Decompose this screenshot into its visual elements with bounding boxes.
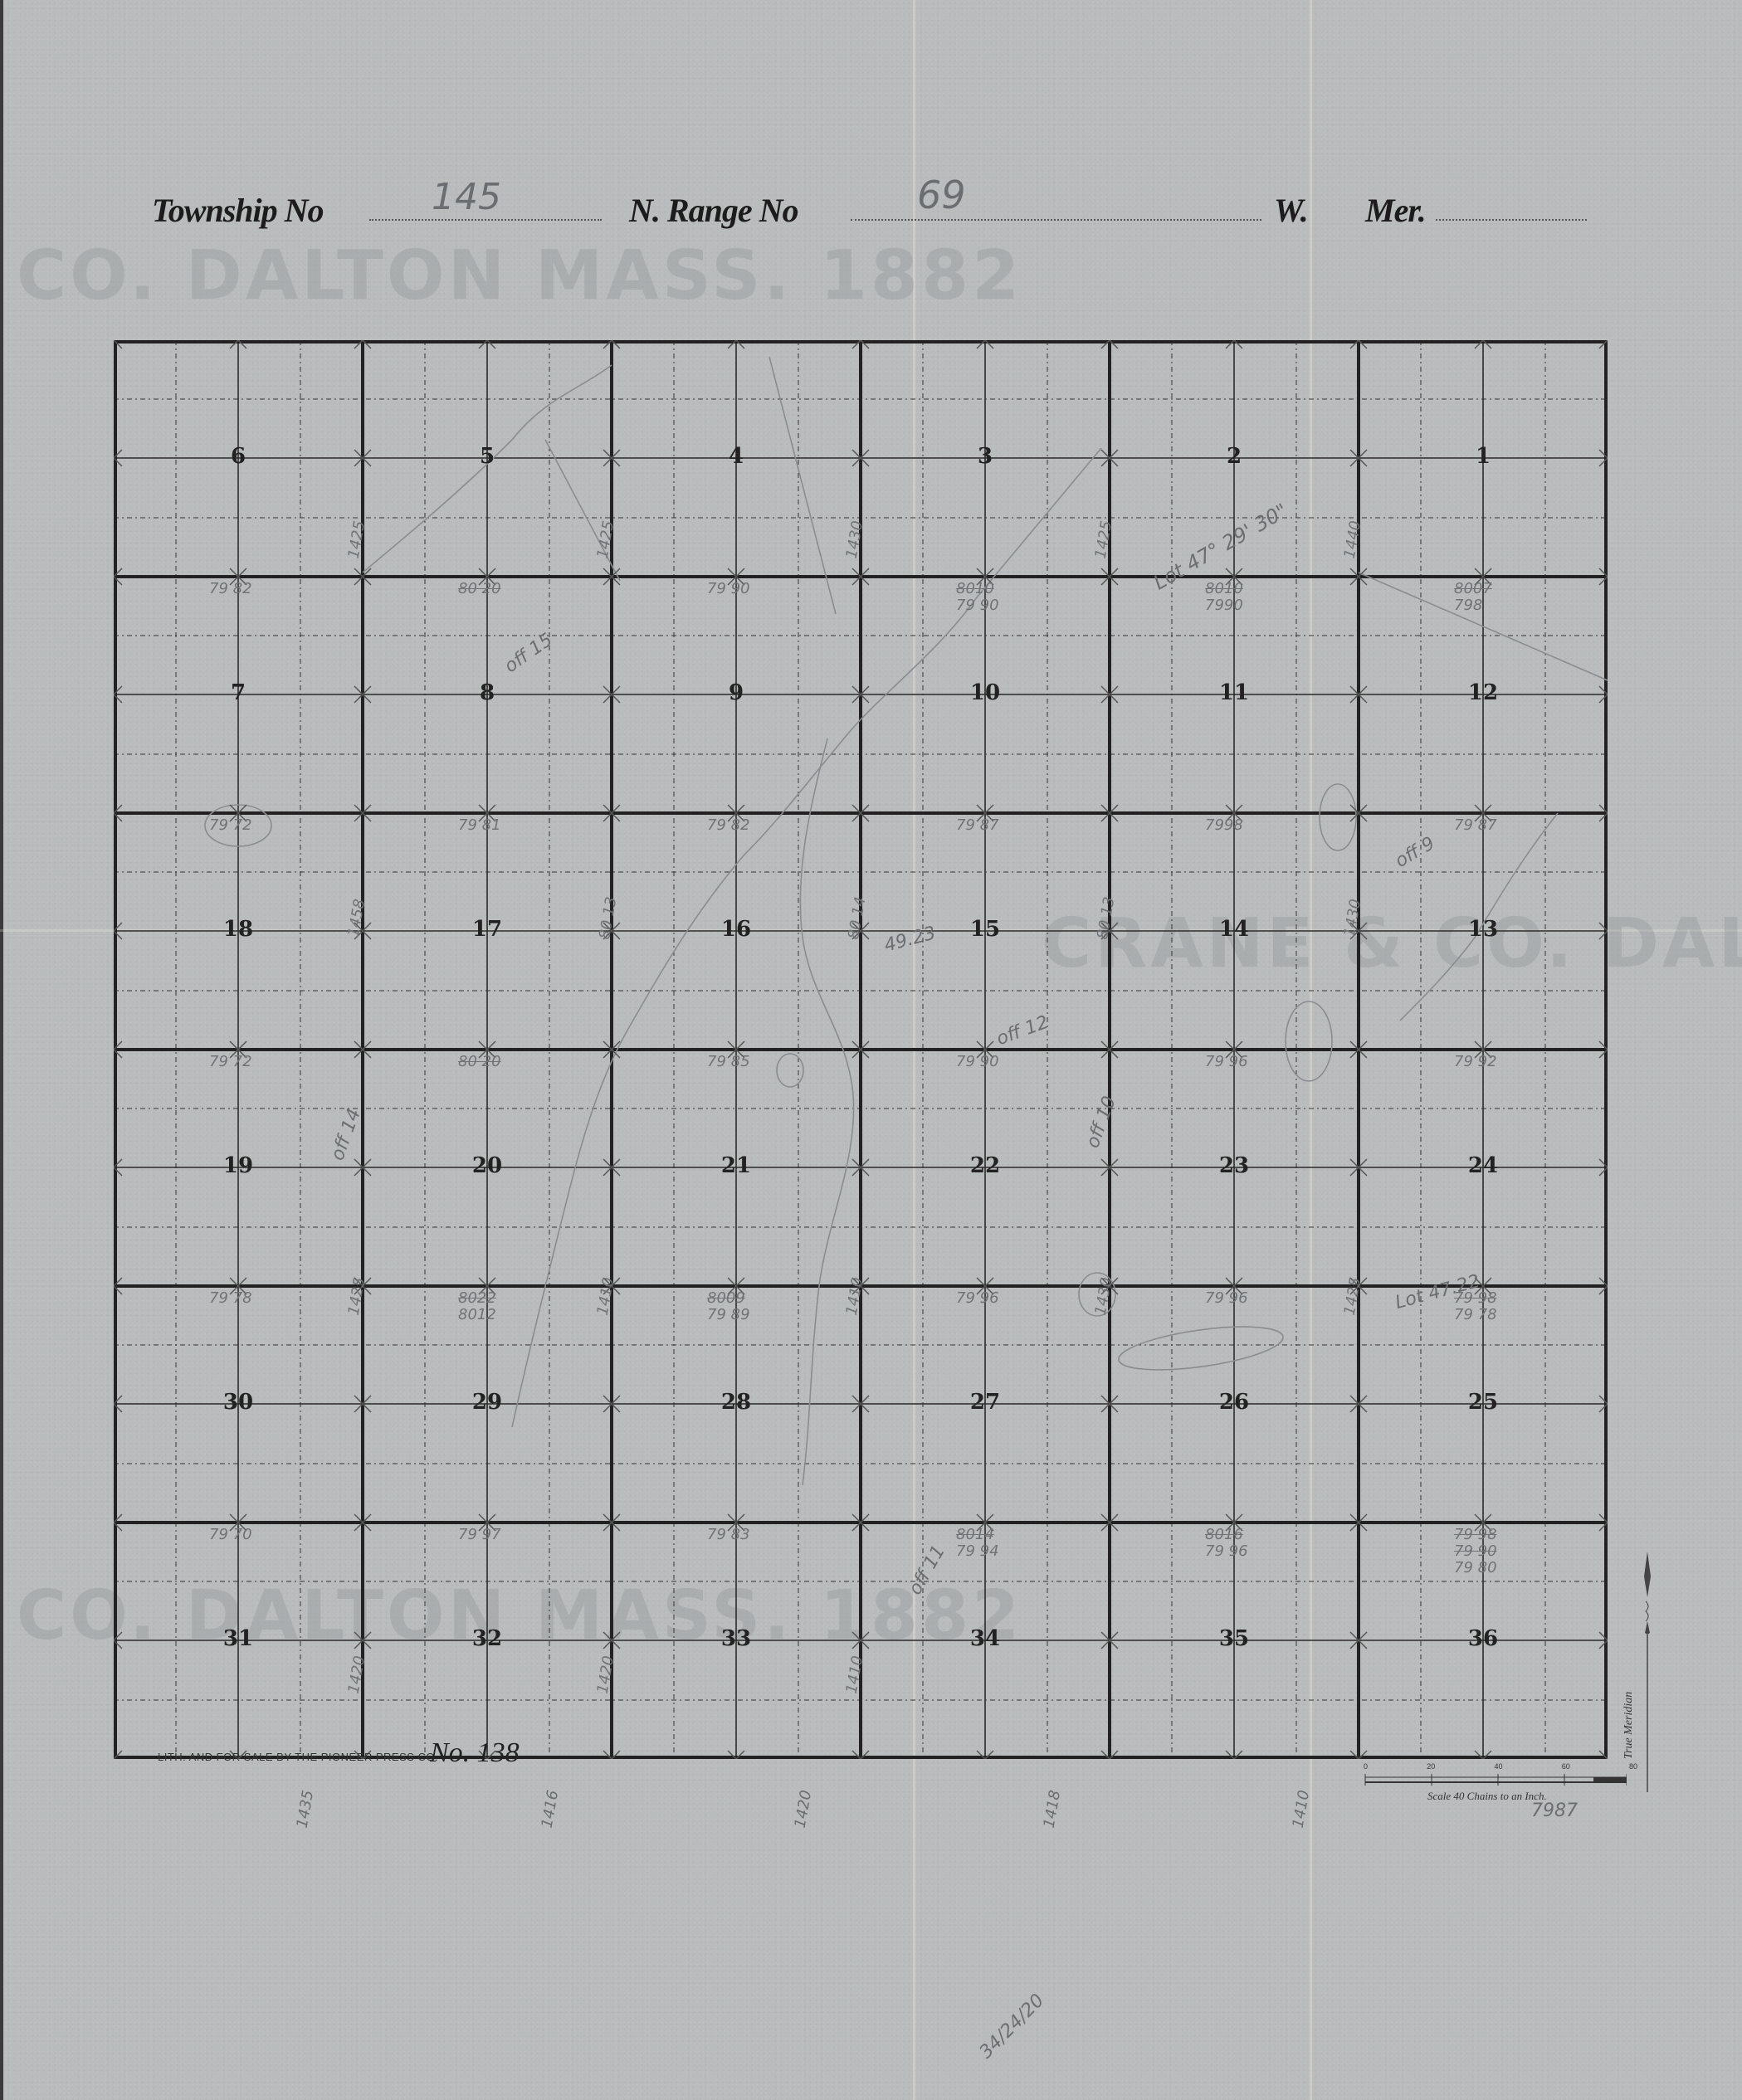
corner-measurement: 7990	[1205, 597, 1243, 614]
section-23: 23	[1110, 1050, 1359, 1286]
corner-measurement: 79 82	[707, 816, 750, 834]
corner-measurement: 8007	[1454, 580, 1492, 597]
margin-note: 1416	[539, 1789, 563, 1830]
corner-measurement: 79 96	[1205, 1053, 1248, 1070]
section-22: 22	[861, 1050, 1110, 1286]
section-number: 17	[472, 917, 502, 942]
section-number: 16	[721, 917, 751, 942]
corner-measurement: 79 97	[458, 1526, 501, 1543]
watermark: CO. DALTON MASS. 1882	[17, 236, 1022, 315]
margin-note: 1435	[294, 1789, 318, 1830]
section-14: 14	[1110, 813, 1359, 1050]
corner-measurement: 79 72	[209, 816, 252, 834]
fraction-note: 34/24/20	[976, 1990, 1049, 2063]
section-number: 26	[1219, 1390, 1249, 1415]
corner-measurement: 8016	[1205, 1526, 1243, 1543]
scale-ticks: 0 20 40 60 80	[1364, 1762, 1637, 1771]
corner-measurement: 8010	[956, 580, 994, 597]
corner-measurement: 79 90	[956, 1053, 999, 1070]
margin-note: 1420	[792, 1789, 816, 1830]
direction-label: W.	[1274, 191, 1308, 230]
section-number: 15	[970, 917, 1000, 942]
section-number: 33	[721, 1626, 751, 1651]
north-arrow-icon	[1639, 1552, 1656, 1792]
section-number: 24	[1468, 1153, 1498, 1178]
range-value: 69	[917, 173, 966, 217]
section-number: 19	[223, 1153, 253, 1178]
section-5: 5	[363, 340, 612, 577]
section-30: 30	[114, 1286, 363, 1523]
corner-measurement: 79 85	[707, 1053, 750, 1070]
section-number: 13	[1468, 917, 1498, 942]
corner-measurement: 79 87	[956, 816, 999, 834]
corner-measurement: 79 90	[1454, 1542, 1497, 1560]
corner-measurement: 79 89	[707, 1306, 750, 1323]
range-line	[851, 219, 1261, 221]
section-number: 3	[978, 444, 993, 469]
corner-measurement: 79 82	[209, 580, 252, 597]
section-27: 27	[861, 1286, 1110, 1523]
section-number: 4	[729, 444, 744, 469]
corner-measurement: 8010	[1205, 580, 1243, 597]
corner-measurement: 8012	[458, 1306, 496, 1323]
section-33: 33	[612, 1523, 861, 1759]
corner-measurement: 8009	[707, 1289, 745, 1307]
section-number: 20	[472, 1153, 502, 1178]
corner-measurement: 79 78	[1454, 1306, 1497, 1323]
section-number: 36	[1468, 1626, 1498, 1651]
section-13: 13	[1359, 813, 1608, 1050]
corner-measurement: 79 96	[1205, 1542, 1248, 1560]
section-number: 22	[970, 1153, 1000, 1178]
corner-measurement: 79 96	[1205, 1289, 1248, 1307]
corner-measurement: 79 92	[1454, 1053, 1497, 1070]
section-number: 11	[1219, 680, 1249, 705]
scan-edge	[0, 0, 3, 2100]
section-number: 32	[472, 1626, 502, 1651]
section-12: 12	[1359, 577, 1608, 813]
corner-measurement: 79 90	[956, 597, 999, 614]
section-number: 23	[1219, 1153, 1249, 1178]
section-19: 19	[114, 1050, 363, 1286]
section-7: 7	[114, 577, 363, 813]
section-32: 32	[363, 1523, 612, 1759]
section-number: 35	[1219, 1626, 1249, 1651]
section-number: 34	[970, 1626, 1000, 1651]
section-1: 1	[1359, 340, 1608, 577]
corner-measurement: 79 78	[209, 1289, 252, 1307]
corner-measurement: 7998	[1205, 816, 1243, 834]
corner-measurement: 79 83	[707, 1526, 750, 1543]
section-number: 1	[1476, 444, 1491, 469]
corner-measurement: 79 72	[209, 1053, 252, 1070]
true-meridian-label: True Meridian	[1622, 1692, 1636, 1759]
township-label: Township No	[152, 191, 324, 230]
range-label: N. Range No	[629, 191, 798, 230]
section-31: 31	[114, 1523, 363, 1759]
corner-measurement: 8014	[956, 1526, 994, 1543]
section-number: 21	[721, 1153, 751, 1178]
section-24: 24	[1359, 1050, 1608, 1286]
section-number: 27	[970, 1390, 1000, 1415]
section-21: 21	[612, 1050, 861, 1286]
township-plat: 6543217891011121817161514131920212223243…	[114, 340, 1608, 1759]
scale-caption: Scale 40 Chains to an Inch.	[1427, 1790, 1547, 1803]
section-number: 9	[729, 680, 744, 705]
section-26: 26	[1110, 1286, 1359, 1523]
section-18: 18	[114, 813, 363, 1050]
corner-measurement: 80 20	[458, 580, 501, 597]
plate-number: No. 138	[430, 1737, 520, 1769]
section-number: 7	[231, 680, 246, 705]
corner-measurement: 79 98	[1454, 1526, 1497, 1543]
scale-pencil-note: 7987	[1531, 1800, 1578, 1821]
section-4: 4	[612, 340, 861, 577]
corner-measurement: 79 87	[1454, 816, 1497, 834]
township-line	[369, 219, 602, 221]
section-number: 18	[223, 917, 253, 942]
section-number: 31	[223, 1626, 253, 1651]
corner-measurement: 79 81	[458, 816, 501, 834]
section-number: 5	[480, 444, 495, 469]
township-value: 145	[432, 176, 501, 218]
section-3: 3	[861, 340, 1110, 577]
corner-measurement: 79 70	[209, 1526, 252, 1543]
section-9: 9	[612, 577, 861, 813]
meridian-line	[1436, 219, 1587, 221]
corner-measurement: 80 20	[458, 1053, 501, 1070]
section-number: 10	[970, 680, 1000, 705]
corner-measurement: 8022	[458, 1289, 496, 1307]
section-20: 20	[363, 1050, 612, 1286]
section-number: 2	[1227, 444, 1242, 469]
section-number: 12	[1468, 680, 1498, 705]
section-number: 8	[480, 680, 495, 705]
corner-measurement: 79 94	[956, 1542, 999, 1560]
printer-credit: LITH. AND FOR SALE BY THE PIONEER PRESS …	[158, 1751, 438, 1763]
corner-measurement: 79 80	[1454, 1559, 1497, 1576]
section-number: 14	[1219, 917, 1249, 942]
section-number: 29	[472, 1390, 502, 1415]
corner-measurement: 798	[1454, 597, 1482, 614]
section-number: 25	[1468, 1390, 1498, 1415]
meridian-label: Mer.	[1365, 191, 1426, 230]
margin-note: 1418	[1041, 1789, 1065, 1830]
section-16: 16	[612, 813, 861, 1050]
corner-measurement: 79 90	[707, 580, 750, 597]
section-number: 6	[231, 444, 246, 469]
section-6: 6	[114, 340, 363, 577]
section-8: 8	[363, 577, 612, 813]
section-number: 30	[223, 1390, 253, 1415]
section-17: 17	[363, 813, 612, 1050]
section-number: 28	[721, 1390, 751, 1415]
corner-measurement: 79 96	[956, 1289, 999, 1307]
